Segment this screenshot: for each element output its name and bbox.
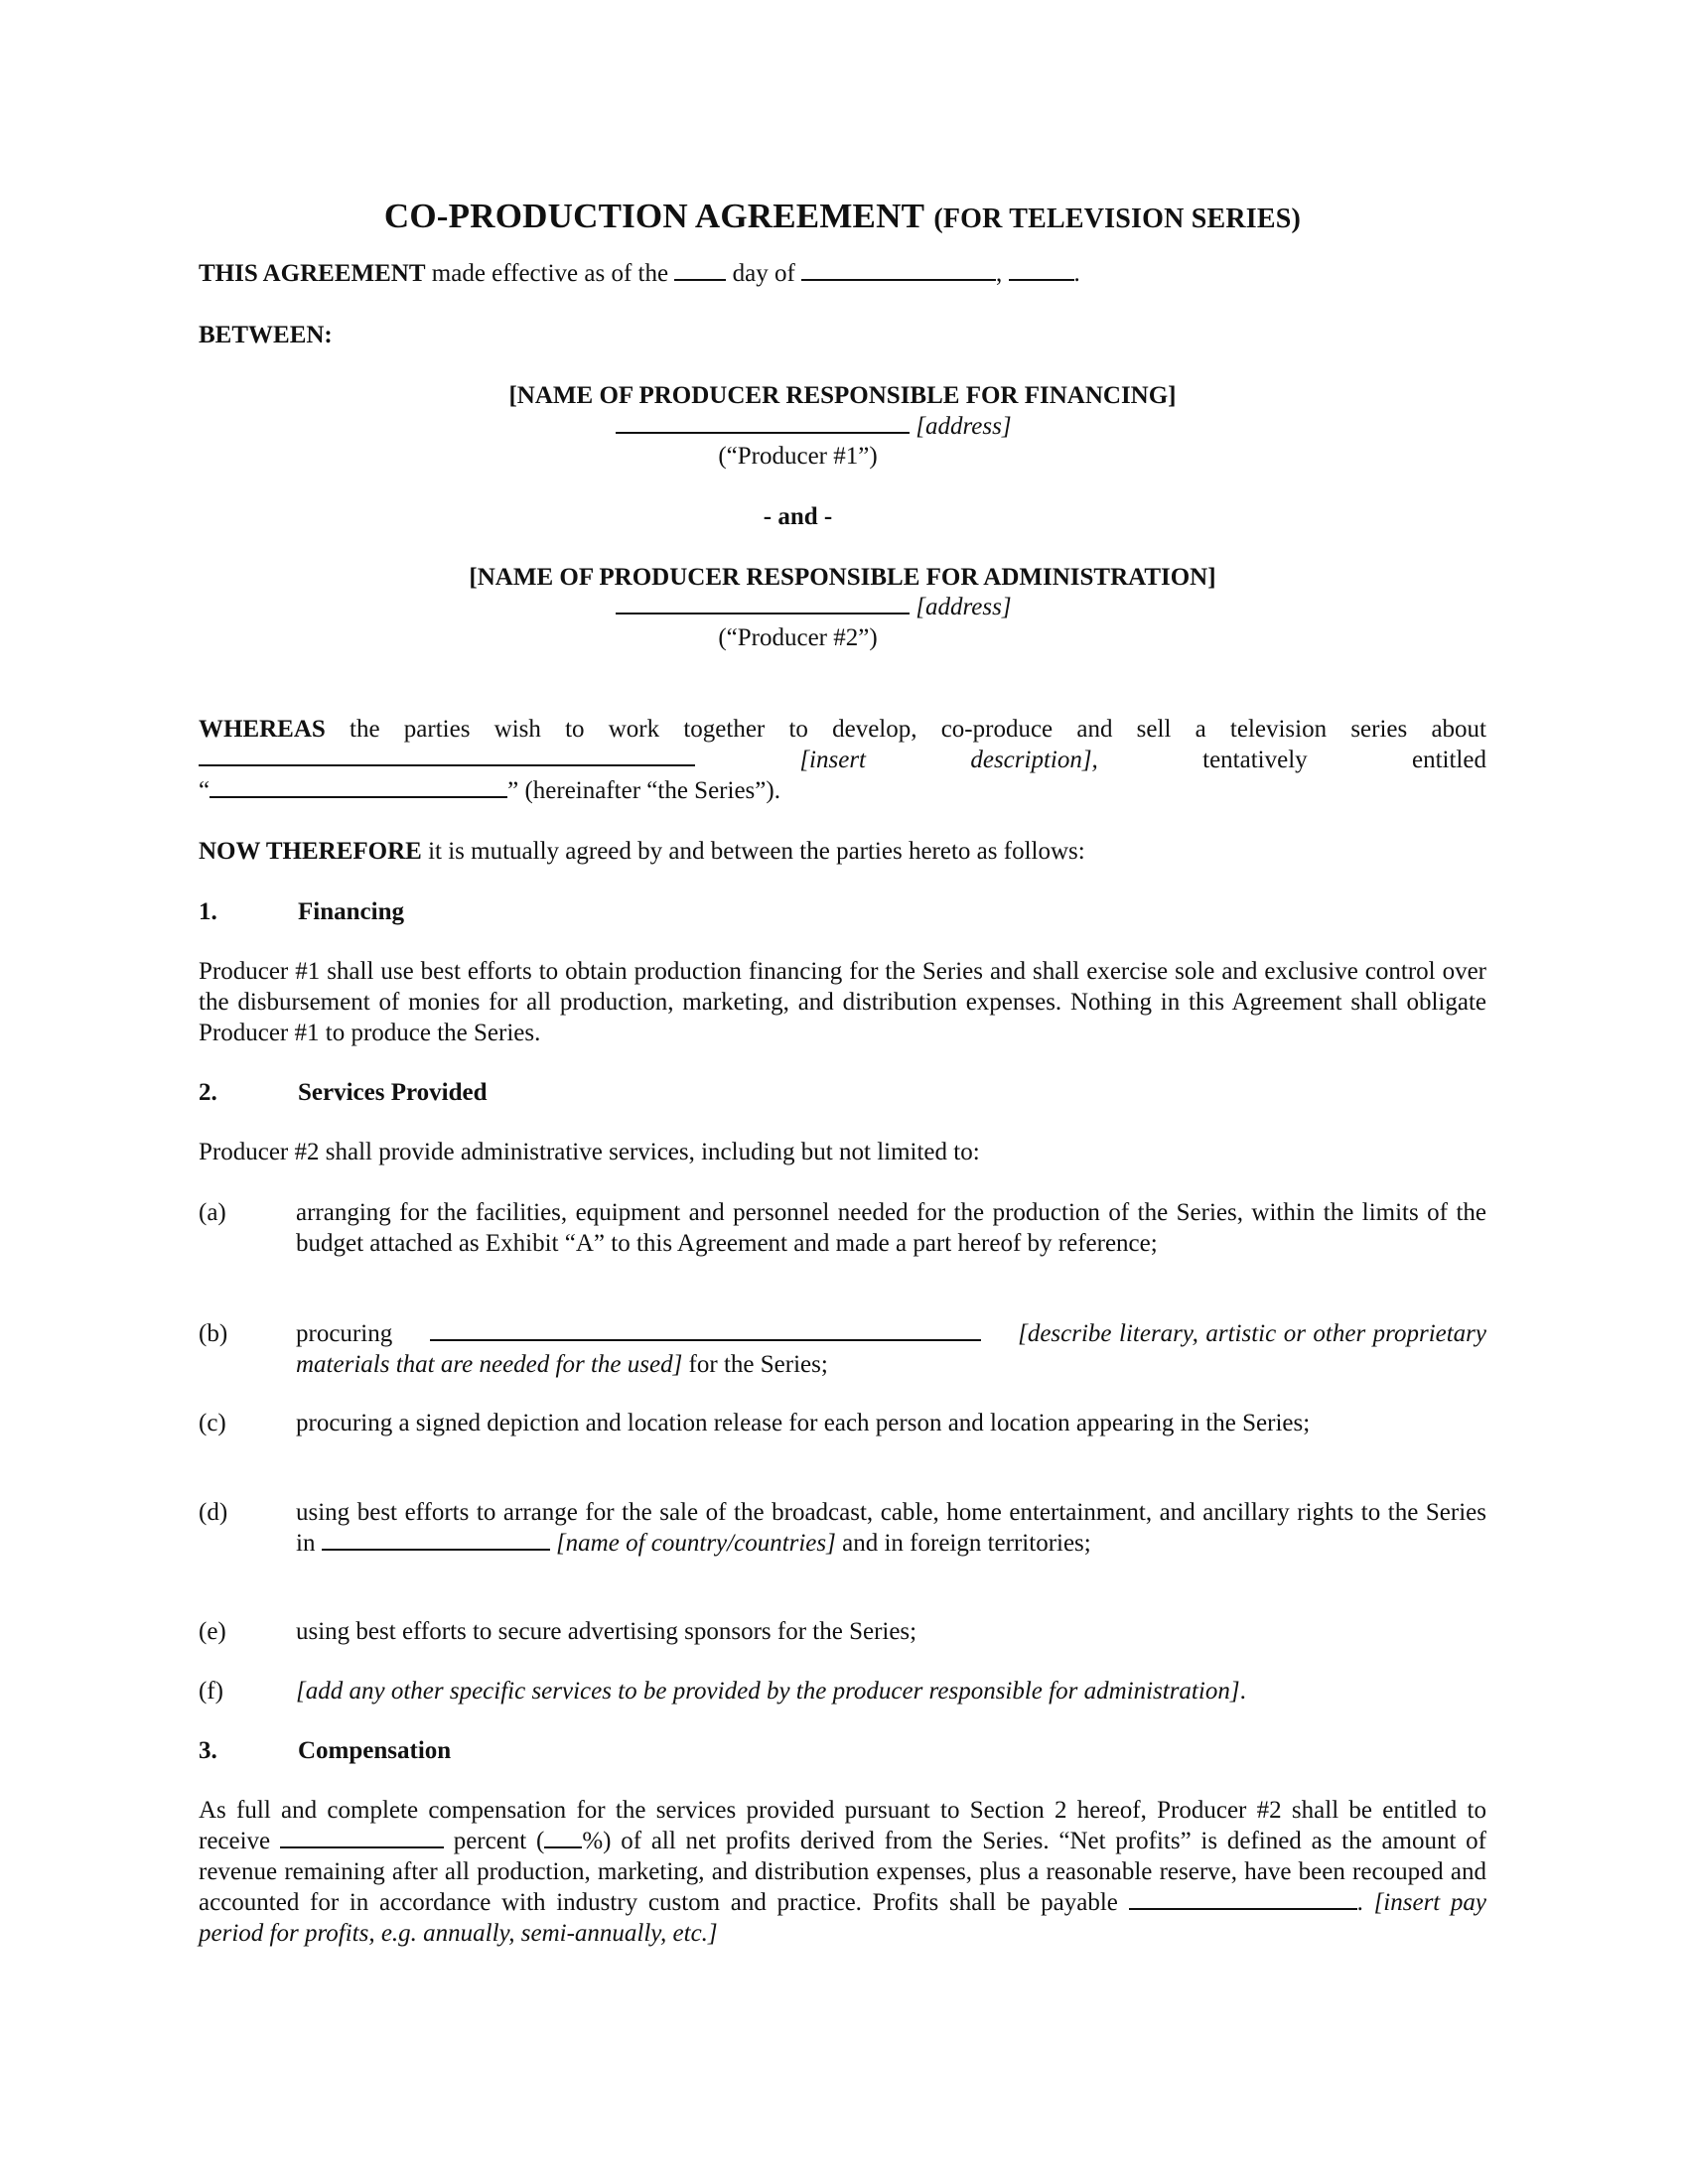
pay-period-blank[interactable] <box>1129 1888 1357 1910</box>
now-therefore-label: NOW THEREFORE <box>199 838 422 865</box>
foreign-territories-text: and in foreign territories; <box>836 1530 1091 1557</box>
whereas-line-2: [insert description], tentatively entitl… <box>199 745 1486 775</box>
section-number: 1. <box>199 896 298 927</box>
party-1-address-placeholder: [address] <box>915 413 1011 440</box>
list-item-c: (c) procuring a signed depiction and loc… <box>199 1408 1486 1438</box>
party-2-name: [NAME OF PRODUCER RESPONSIBLE FOR ADMINI… <box>199 562 1486 593</box>
section-3-heading: 3.Compensation <box>199 1735 451 1766</box>
year-blank[interactable] <box>1009 259 1074 281</box>
list-item-a: (a) arranging for the facilities, equipm… <box>199 1197 1486 1259</box>
list-item-e: (e) using best efforts to secure adverti… <box>199 1616 1486 1647</box>
for-series-text: for the Series; <box>682 1351 827 1378</box>
list-item-text: arranging for the facilities, equipment … <box>296 1197 1486 1259</box>
party-1-address-blank[interactable] <box>616 412 910 434</box>
party-1-alias: (“Producer #1”) <box>154 441 1442 472</box>
between-label: BETWEEN: <box>199 320 1486 350</box>
series-description-blank[interactable] <box>199 745 695 766</box>
day-of-text: day of <box>733 260 795 287</box>
list-item-label: (c) <box>199 1408 226 1438</box>
description-placeholder: description], <box>970 745 1097 775</box>
list-item-d: (d) using best efforts to arrange for th… <box>199 1497 1486 1559</box>
month-blank[interactable] <box>801 259 996 281</box>
materials-blank[interactable] <box>430 1319 981 1341</box>
section-1-heading: 1.Financing <box>199 896 404 927</box>
party-2-address-blank[interactable] <box>616 593 910 614</box>
period: . <box>1240 1678 1246 1705</box>
insert-placeholder: [insert <box>799 745 866 775</box>
list-item-label: (e) <box>199 1616 226 1647</box>
party-1-name: [NAME OF PRODUCER RESPONSIBLE FOR FINANC… <box>199 380 1486 411</box>
section-number: 2. <box>199 1077 298 1108</box>
now-therefore-line: NOW THEREFORE it is mutually agreed by a… <box>199 836 1486 867</box>
tentatively-text: tentatively <box>1202 745 1308 775</box>
entitled-text: entitled <box>1412 745 1486 775</box>
document-title: CO-PRODUCTION AGREEMENT (FOR TELEVISION … <box>199 195 1486 236</box>
list-item-label: (b) <box>199 1318 227 1349</box>
title-main: CO-PRODUCTION AGREEMENT <box>384 197 924 235</box>
list-item-label: (a) <box>199 1197 226 1228</box>
effective-text: made effective as of the <box>432 260 668 287</box>
procuring-text: procuring <box>296 1320 392 1347</box>
percent-number-blank[interactable] <box>544 1827 582 1848</box>
day-blank[interactable] <box>674 259 726 281</box>
list-item-text: using best efforts to secure advertising… <box>296 1616 1486 1647</box>
title-subtitle: (FOR TELEVISION SERIES) <box>933 204 1301 234</box>
whereas-line-1: WHEREAS the parties wish to work togethe… <box>199 714 1486 745</box>
section-3-body: As full and complete compensation for th… <box>199 1795 1486 1949</box>
section-title: Financing <box>298 898 404 925</box>
party-2-alias: (“Producer #2”) <box>154 622 1442 653</box>
section-title: Services Provided <box>298 1079 487 1106</box>
country-blank[interactable] <box>322 1529 550 1551</box>
party-1-address-line: [address] <box>616 411 1012 442</box>
party-2-address-line: [address] <box>616 592 1012 622</box>
whereas-text: the parties wish to work together to dev… <box>350 716 1486 743</box>
list-item-text: using best efforts to arrange for the sa… <box>296 1497 1486 1559</box>
hereinafter-text: ” (hereinafter “the Series”). <box>507 777 780 804</box>
list-item-text: procuring a signed depiction and locatio… <box>296 1408 1486 1438</box>
series-title-blank[interactable] <box>210 776 507 798</box>
whereas-label: WHEREAS <box>199 716 326 743</box>
section-title: Compensation <box>298 1737 451 1764</box>
percent-words-blank[interactable] <box>280 1827 444 1848</box>
open-quote: “ <box>199 777 210 804</box>
list-item-label: (f) <box>199 1676 223 1706</box>
percent-text: percent ( <box>454 1828 545 1854</box>
section-1-body: Producer #1 shall use best efforts to ob… <box>199 956 1486 1048</box>
other-services-placeholder: [add any other specific services to be p… <box>296 1678 1240 1705</box>
list-item-text: [add any other specific services to be p… <box>296 1676 1486 1706</box>
comma: , <box>996 260 1002 287</box>
and-separator: - and - <box>154 501 1442 532</box>
period: . <box>1074 260 1080 287</box>
this-agreement-label: THIS AGREEMENT <box>199 260 426 287</box>
whereas-line-3: “” (hereinafter “the Series”). <box>199 775 1486 806</box>
country-placeholder: [name of country/countries] <box>556 1530 836 1557</box>
section-2-intro: Producer #2 shall provide administrative… <box>199 1137 1486 1167</box>
effective-date-line: THIS AGREEMENT made effective as of the … <box>199 258 1486 289</box>
list-item-text: procuring [describe literary, artistic o… <box>296 1318 1486 1380</box>
party-2-address-placeholder: [address] <box>915 594 1011 620</box>
list-item-label: (d) <box>199 1497 227 1528</box>
now-therefore-text: it is mutually agreed by and between the… <box>428 838 1085 865</box>
list-item-f: (f) [add any other specific services to … <box>199 1676 1486 1706</box>
section-number: 3. <box>199 1735 298 1766</box>
list-item-b: (b) procuring [describe literary, artist… <box>199 1318 1486 1380</box>
period: . <box>1357 1889 1363 1916</box>
section-2-heading: 2.Services Provided <box>199 1077 487 1108</box>
